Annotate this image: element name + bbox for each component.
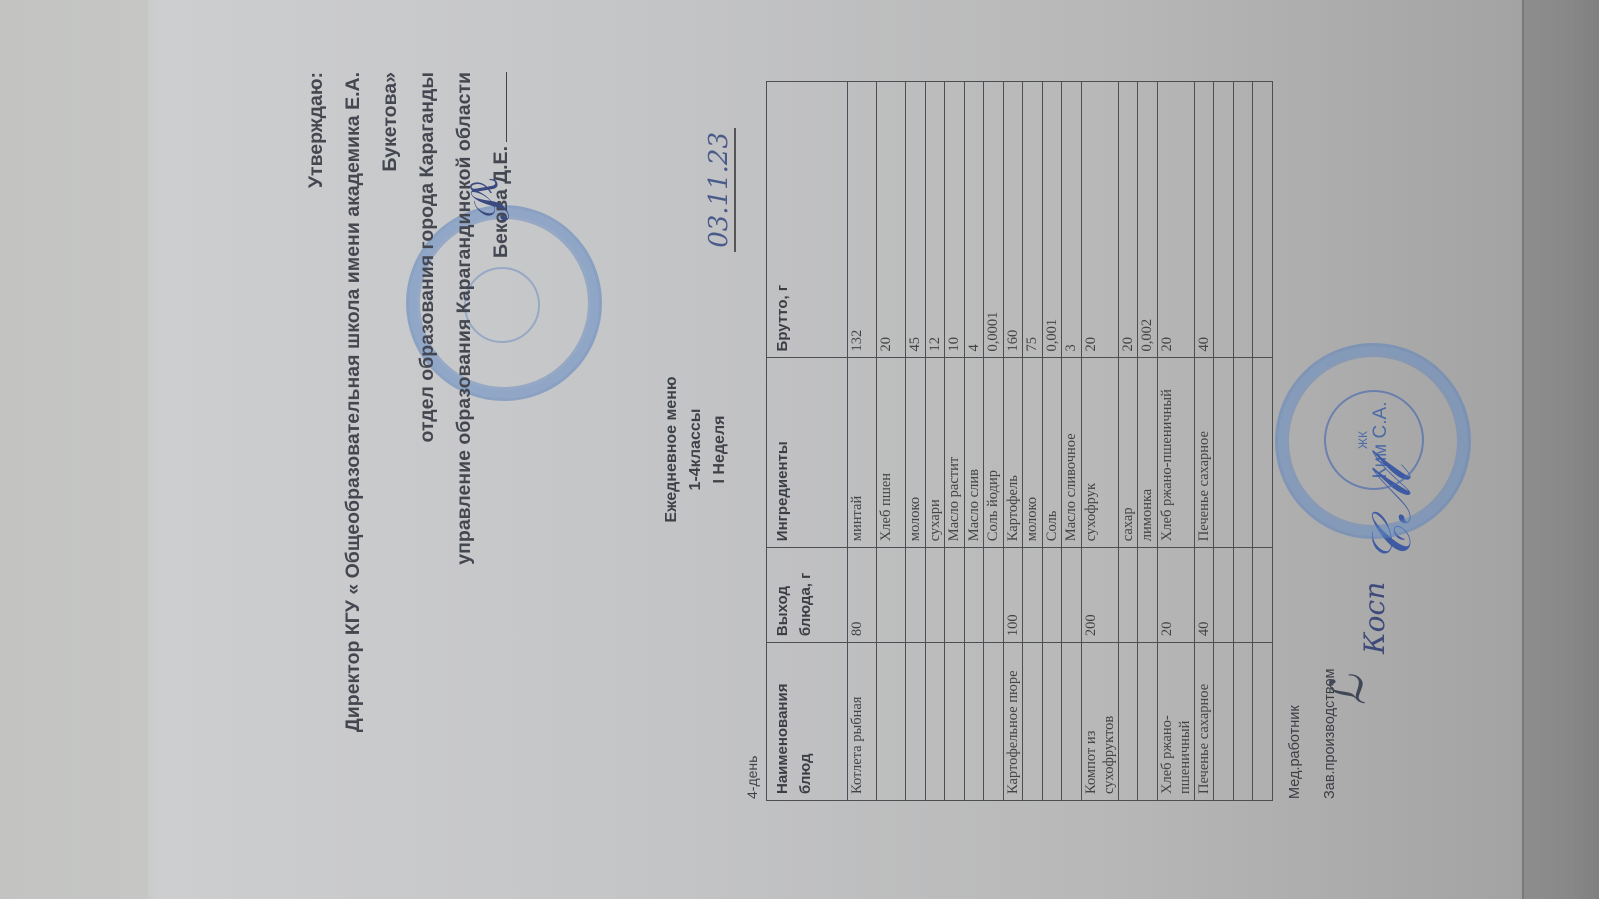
approval-block: Утверждаю: Директор КГУ « Общеобразовате…: [298, 72, 520, 732]
table-row: сахар20: [1118, 82, 1138, 801]
cell-gross: 20: [1081, 82, 1118, 358]
approval-line-2: Букетова»: [372, 72, 409, 732]
medical-worker-label: Мед.работник: [1278, 669, 1313, 800]
cell-ingredient: Хлеб пшен: [877, 358, 906, 548]
table-row: Котлета рыбная80минтай132: [848, 82, 877, 801]
cell-dish: [925, 643, 945, 801]
approval-line-3: отдел образования города Караганды: [409, 72, 446, 732]
table-row: Хлеб ржано-пшеничный20Хлеб ржано-пшеничн…: [1157, 82, 1194, 801]
table-row: сухари12: [925, 82, 945, 801]
cell-yield: 20: [1157, 548, 1194, 643]
table-row: Печенье сахарное40Печенье сахарное40: [1194, 82, 1214, 801]
table-row: Соль0,001: [1042, 82, 1062, 801]
cell-gross: 4: [964, 82, 984, 358]
title-line-2: 1-4классы: [684, 0, 708, 899]
header-gross: Брутто, г: [767, 82, 848, 358]
header-ingredients: Ингредиенты: [767, 358, 848, 548]
table-row: [1233, 82, 1253, 801]
menu-document: Утверждаю: Директор КГУ « Общеобразовате…: [148, 0, 1522, 899]
cell-ingredient: [1233, 358, 1253, 548]
cell-yield: [1062, 548, 1082, 643]
cell-yield: 40: [1194, 548, 1214, 643]
cell-gross: 45: [906, 82, 926, 358]
cell-yield: [984, 548, 1004, 643]
table-row: молоко75: [1023, 82, 1043, 801]
cell-dish: [1233, 643, 1253, 801]
production-stamp-center: ЖК Ким С.А.: [1324, 390, 1424, 490]
menu-title: Ежедневное меню 1-4классы I Неделя: [660, 0, 732, 899]
signature-line: [506, 72, 507, 142]
cell-yield: [877, 548, 906, 643]
cell-yield: [964, 548, 984, 643]
stamp-center-top: ЖК: [1356, 431, 1370, 449]
approval-heading: Утверждаю:: [298, 72, 335, 732]
table-row: Картофельное пюре100Картофель160: [1003, 82, 1023, 801]
cell-gross: 0,0001: [984, 82, 1004, 358]
cell-yield: 100: [1003, 548, 1023, 643]
cell-gross: 10: [945, 82, 965, 358]
cell-yield: 200: [1081, 548, 1118, 643]
cell-dish: Печенье сахарное: [1194, 643, 1214, 801]
cell-ingredient: сухофрук: [1081, 358, 1118, 548]
stamp-center-name: Ким С.А.: [1370, 402, 1392, 479]
cell-yield: [945, 548, 965, 643]
cell-gross: 132: [848, 82, 877, 358]
header-yield: Выход блюда, г: [767, 548, 848, 643]
cell-gross: [1214, 82, 1234, 358]
cell-ingredient: минтай: [848, 358, 877, 548]
cell-dish: Картофельное пюре: [1003, 643, 1023, 801]
cell-yield: [925, 548, 945, 643]
cell-ingredient: Масло слив: [964, 358, 984, 548]
cell-dish: [1138, 643, 1158, 801]
cell-yield: [1253, 548, 1273, 643]
table-row: Масло слив4: [964, 82, 984, 801]
cell-dish: [1042, 643, 1062, 801]
menu-table: Наименования блюд Выход блюда, г Ингреди…: [766, 81, 1273, 801]
cell-ingredient: лимонка: [1138, 358, 1158, 548]
cell-gross: 20: [877, 82, 906, 358]
title-line-3: I Неделя: [708, 0, 732, 899]
table-row: [1253, 82, 1273, 801]
cell-ingredient: Соль йодир: [984, 358, 1004, 548]
table-row: лимонка0,002: [1138, 82, 1158, 801]
cell-gross: 12: [925, 82, 945, 358]
production-stamp: ЖК Ким С.А.: [1275, 343, 1471, 539]
cell-ingredient: сухари: [925, 358, 945, 548]
cell-dish: [984, 643, 1004, 801]
cell-ingredient: Соль: [1042, 358, 1062, 548]
page-edge: [1522, 0, 1599, 899]
cell-ingredient: [1214, 358, 1234, 548]
cell-gross: [1233, 82, 1253, 358]
cell-dish: Котлета рыбная: [848, 643, 877, 801]
table-row: Масло растит10: [945, 82, 965, 801]
cell-dish: [1118, 643, 1138, 801]
cell-gross: 40: [1194, 82, 1214, 358]
cell-gross: 20: [1157, 82, 1194, 358]
table-row: Хлеб пшен20: [877, 82, 906, 801]
cell-yield: 80: [848, 548, 877, 643]
cell-gross: 0,002: [1138, 82, 1158, 358]
cell-dish: [1062, 643, 1082, 801]
cell-gross: 3: [1062, 82, 1082, 358]
cell-ingredient: Печенье сахарное: [1194, 358, 1214, 548]
cell-dish: Компот из сухофруктов: [1081, 643, 1118, 801]
table-header-row: Наименования блюд Выход блюда, г Ингреди…: [767, 82, 848, 801]
cell-dish: [1214, 643, 1234, 801]
cell-ingredient: молоко: [906, 358, 926, 548]
table-row: молоко45: [906, 82, 926, 801]
cell-gross: 160: [1003, 82, 1023, 358]
cell-dish: [1023, 643, 1043, 801]
table-row: Компот из сухофруктов200сухофрук20: [1081, 82, 1118, 801]
cell-ingredient: Масло сливочное: [1062, 358, 1082, 548]
cell-dish: [964, 643, 984, 801]
table-row: [1214, 82, 1234, 801]
cell-gross: 20: [1118, 82, 1138, 358]
cell-ingredient: Хлеб ржано-пшеничный: [1157, 358, 1194, 548]
day-label: 4-день: [744, 756, 760, 799]
table-row: Масло сливочное3: [1062, 82, 1082, 801]
cell-dish: [1253, 643, 1273, 801]
cell-yield: [1023, 548, 1043, 643]
cell-yield: [906, 548, 926, 643]
medical-worker-signature: ℒ: [1321, 672, 1376, 710]
cell-ingredient: Картофель: [1003, 358, 1023, 548]
title-line-1: Ежедневное меню: [660, 0, 684, 899]
cell-dish: Хлеб ржано-пшеничный: [1157, 643, 1194, 801]
cell-gross: 0,001: [1042, 82, 1062, 358]
cell-ingredient: [1253, 358, 1273, 548]
cell-yield: [1118, 548, 1138, 643]
cell-yield: [1138, 548, 1158, 643]
cell-yield: [1042, 548, 1062, 643]
cell-gross: 75: [1023, 82, 1043, 358]
approval-line-1: Директор КГУ « Общеобразовательная школа…: [335, 72, 372, 732]
cell-dish: [906, 643, 926, 801]
cell-yield: [1214, 548, 1234, 643]
table-row: Соль йодир0,0001: [984, 82, 1004, 801]
cell-dish: [877, 643, 906, 801]
cell-ingredient: молоко: [1023, 358, 1043, 548]
background-surface: [0, 0, 148, 899]
cell-gross: [1253, 82, 1273, 358]
cell-dish: [945, 643, 965, 801]
cell-yield: [1233, 548, 1253, 643]
cell-ingredient: сахар: [1118, 358, 1138, 548]
production-head-signature-text: Косп: [1358, 582, 1391, 654]
approval-line-4: управление образования Карагандинской об…: [446, 72, 483, 732]
header-dish: Наименования блюд: [767, 643, 848, 801]
cell-ingredient: Масло растит: [945, 358, 965, 548]
